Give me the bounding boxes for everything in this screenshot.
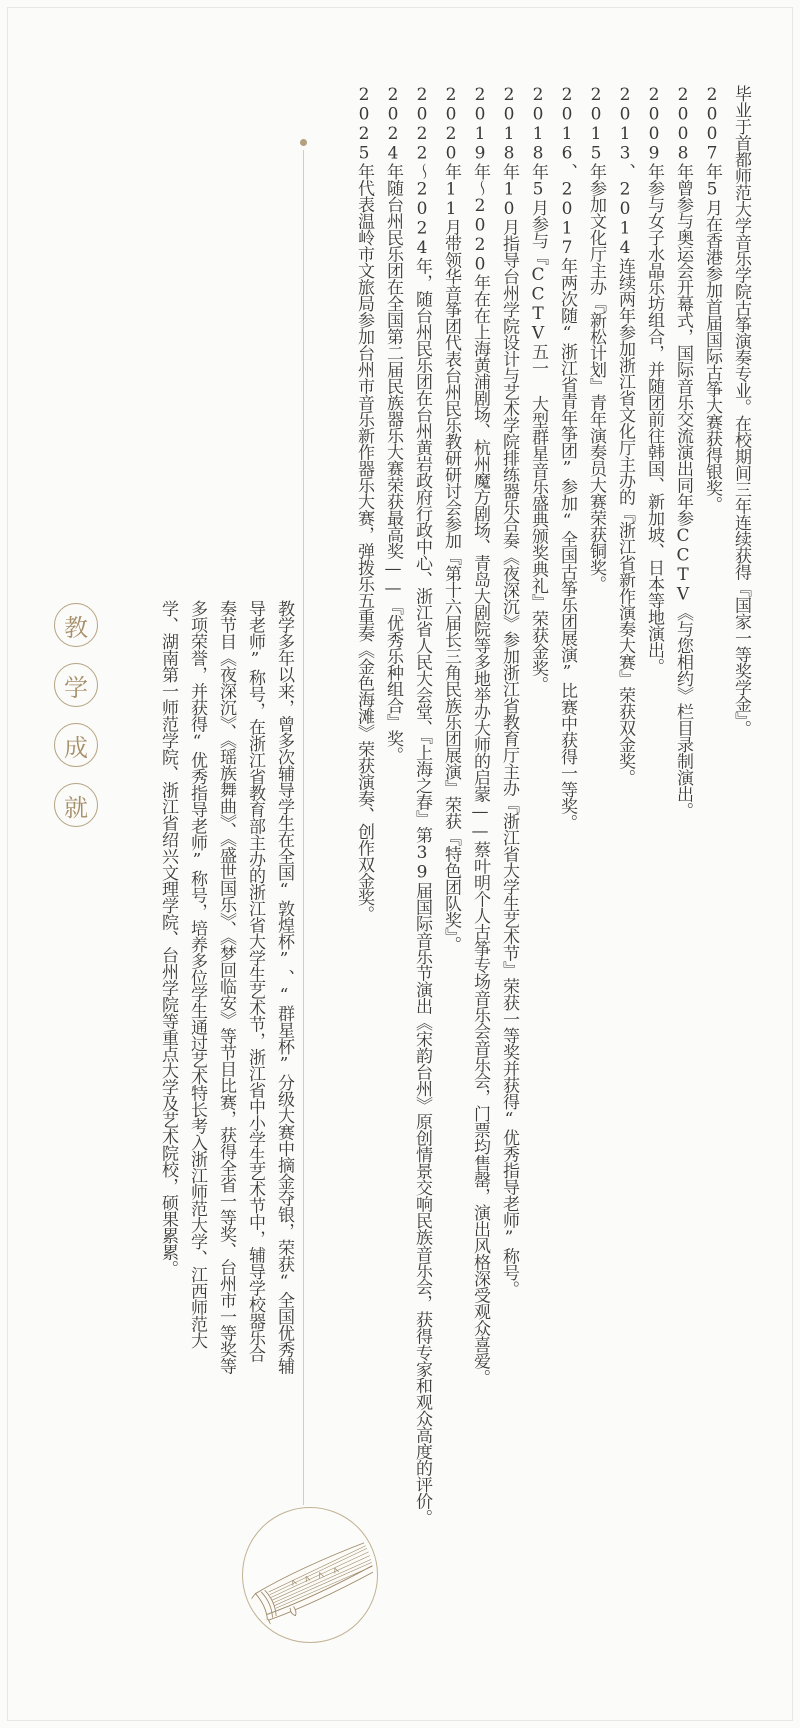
achievement-item: 2024年随台州民乐团在全国第二届民族器乐大赛荣获最高奖——『优秀乐种组合』奖。 <box>378 85 407 1555</box>
guzheng-illustration <box>242 1507 378 1643</box>
achievement-item: 2022～2024年，随台州民乐团在台州黄岩政府行政中心、浙江省人民大会堂、『上… <box>407 85 436 1555</box>
section-title-teaching-achievements: 教 学 成 就 <box>54 603 98 827</box>
achievement-item: 2018年5月参与『CCTV五一 大型群星音乐盛典颁奖典礼』荣获金奖。 <box>523 85 552 1555</box>
achievement-item: 2015年参加文化厅主办『新松计划』青年演奏员大赛荣获铜奖。 <box>581 85 610 1555</box>
teaching-achievements-section: 教学多年以来，曾多次辅导学生在全国“敦煌杯”、“群星杯”分级大赛中摘金夺银，荣获… <box>153 600 298 1375</box>
resume-page: 毕业于首都师范大学音乐学院古筝演奏专业。在校期间三年连续获得『国家一等奖学金』。… <box>0 0 800 1728</box>
achievement-item: 2019年～2020年在在上海黄浦剧场、杭州魔方剧场、青岛大剧院等多地举办大师的… <box>465 85 494 1555</box>
achievement-item: 毕业于首都师范大学音乐学院古筝演奏专业。在校期间三年连续获得『国家一等奖学金』。 <box>726 85 755 1555</box>
seal-character: 学 <box>54 663 98 707</box>
achievement-item: 2009年参与女子水晶乐坊组合，并随团前往韩国、新加坡、日本等地演出。 <box>639 85 668 1555</box>
achievement-item: 2016、2017年两次随“浙江省青年筝团”参加“全国古筝乐团展演”比赛中获得一… <box>552 85 581 1555</box>
achievement-item: 2025年代表温岭市文旅局参加台州市音乐新作器乐大赛，弹拨乐五重奏《金色海滩》荣… <box>349 85 378 1555</box>
achievement-item: 2013、2014连续两年参加浙江省文化厅主办的『浙江省新作演奏大赛』荣获双金奖… <box>610 85 639 1555</box>
achievement-item: 2007年5月在香港参加首届国际古筝大赛获得银奖。 <box>697 85 726 1555</box>
performance-achievements-section: 毕业于首都师范大学音乐学院古筝演奏专业。在校期间三年连续获得『国家一等奖学金』。… <box>349 85 755 1555</box>
achievement-item: 2020年11月带领华音筝团代表台州民乐教研研讨会参加『第十六届长三角民族乐团展… <box>436 85 465 1555</box>
achievement-item: 2008年曾参与奥运会开幕式，国际音乐交流演出同年参CCTV《与您相约》栏目录制… <box>668 85 697 1555</box>
seal-character: 教 <box>54 603 98 647</box>
teaching-paragraph: 教学多年以来，曾多次辅导学生在全国“敦煌杯”、“群星杯”分级大赛中摘金夺银，荣获… <box>153 600 298 1375</box>
achievement-item: 2018年10月指导台州学院设计与艺术学院排练器乐合奏《夜深沉》参加浙江省教育厅… <box>494 85 523 1555</box>
seal-character: 就 <box>54 783 98 827</box>
guzheng-icon <box>243 1508 377 1642</box>
seal-character: 成 <box>54 723 98 767</box>
divider-dot <box>300 139 307 146</box>
divider-line <box>303 150 304 1505</box>
